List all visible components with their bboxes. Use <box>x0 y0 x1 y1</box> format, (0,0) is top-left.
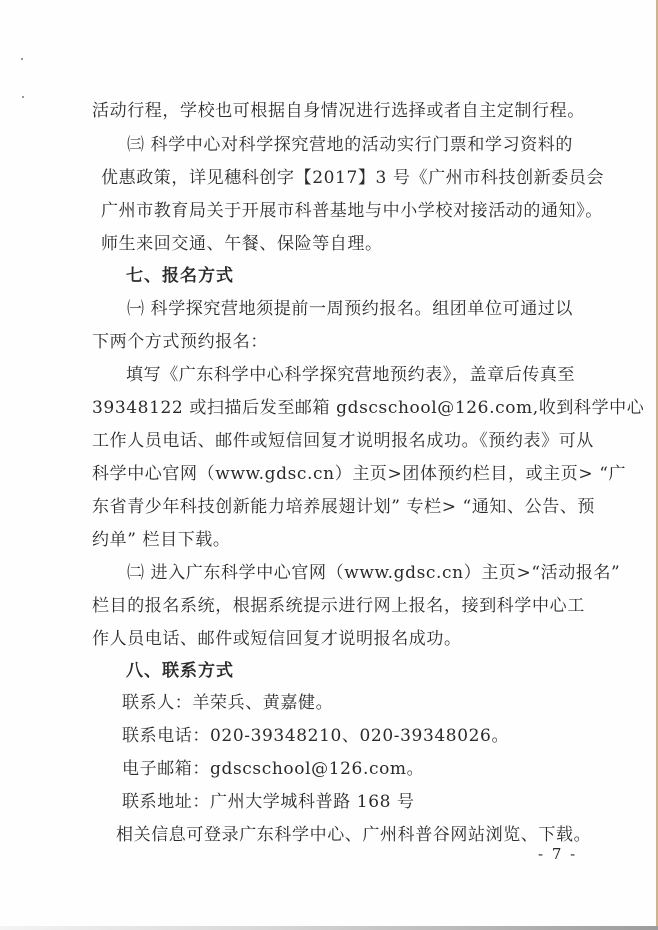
text-line-preferential-policy-3: 广州市教育局关于开展市科普基地与中小学校对接活动的通知》。 <box>101 200 603 222</box>
contact-person: 联系人：羊荣兵、黄嘉健。 <box>122 692 333 714</box>
scan-edge-bottom <box>0 926 658 930</box>
scan-speck <box>22 96 24 98</box>
text-line-registration-2: 下两个方式预约报名： <box>92 331 268 353</box>
contact-address: 联系地址：广州大学城科普路 168 号 <box>122 791 415 813</box>
text-line-preferential-policy-4: 师生来回交通、午餐、保险等自理。 <box>101 233 383 255</box>
text-line-form-4: 科学中心官网（www.gdsc.cn）主页>团体预约栏目，或主页> “广 <box>92 463 626 485</box>
contact-email: 电子邮箱：gdscschool@126.com。 <box>122 758 424 780</box>
text-line-preferential-policy-1: ㈢ 科学中心对科学探究营地的活动实行门票和学习资料的 <box>127 134 573 156</box>
section-heading-contact: 八、联系方式 <box>126 660 234 682</box>
contact-phone: 联系电话：020-39348210、020-39348026。 <box>122 725 509 747</box>
text-line-form-3: 工作人员电话、邮件或短信回复才说明报名成功。《预约表》可从 <box>92 430 594 452</box>
scan-speck <box>21 58 23 60</box>
text-line-form-2: 39348122 或扫描后发至邮箱 gdscschool@126.com,收到科… <box>92 397 644 419</box>
page-number: - 7 - <box>538 845 577 863</box>
text-line-online-2: 栏目的报名系统，根据系统提示进行网上报名，接到科学中心工 <box>92 595 585 617</box>
text-line-form-6: 约单” 栏目下载。 <box>92 529 231 551</box>
text-line-online-3: 作人员电话、邮件或短信回复才说明报名成功。 <box>92 628 462 650</box>
text-line-more-info: 相关信息可登录广东科学中心、广州科普谷网站浏览、下载。 <box>116 824 591 846</box>
document-page: 活动行程，学校也可根据自身情况进行选择或者自主定制行程。 ㈢ 科学中心对科学探究… <box>0 0 656 926</box>
text-line-form-5: 东省青少年科技创新能力培养展翅计划” 专栏> “通知、公告、预 <box>92 496 595 518</box>
text-line-preferential-policy-2: 优惠政策，详见穗科创字【2017】3 号《广州市科技创新委员会 <box>101 167 604 189</box>
text-line-activity-itinerary: 活动行程，学校也可根据自身情况进行选择或者自主定制行程。 <box>92 100 585 122</box>
text-line-registration-1: ㈠ 科学探究营地须提前一周预约报名。组团单位可通过以 <box>127 298 573 320</box>
text-line-online-1: ㈡ 进入广东科学中心官网（www.gdsc.cn）主页>“活动报名” <box>127 562 620 584</box>
text-line-form-1: 填写《广东科学中心科学探究营地预约表》，盖章后传真至 <box>126 364 575 386</box>
section-heading-registration: 七、报名方式 <box>126 265 234 287</box>
